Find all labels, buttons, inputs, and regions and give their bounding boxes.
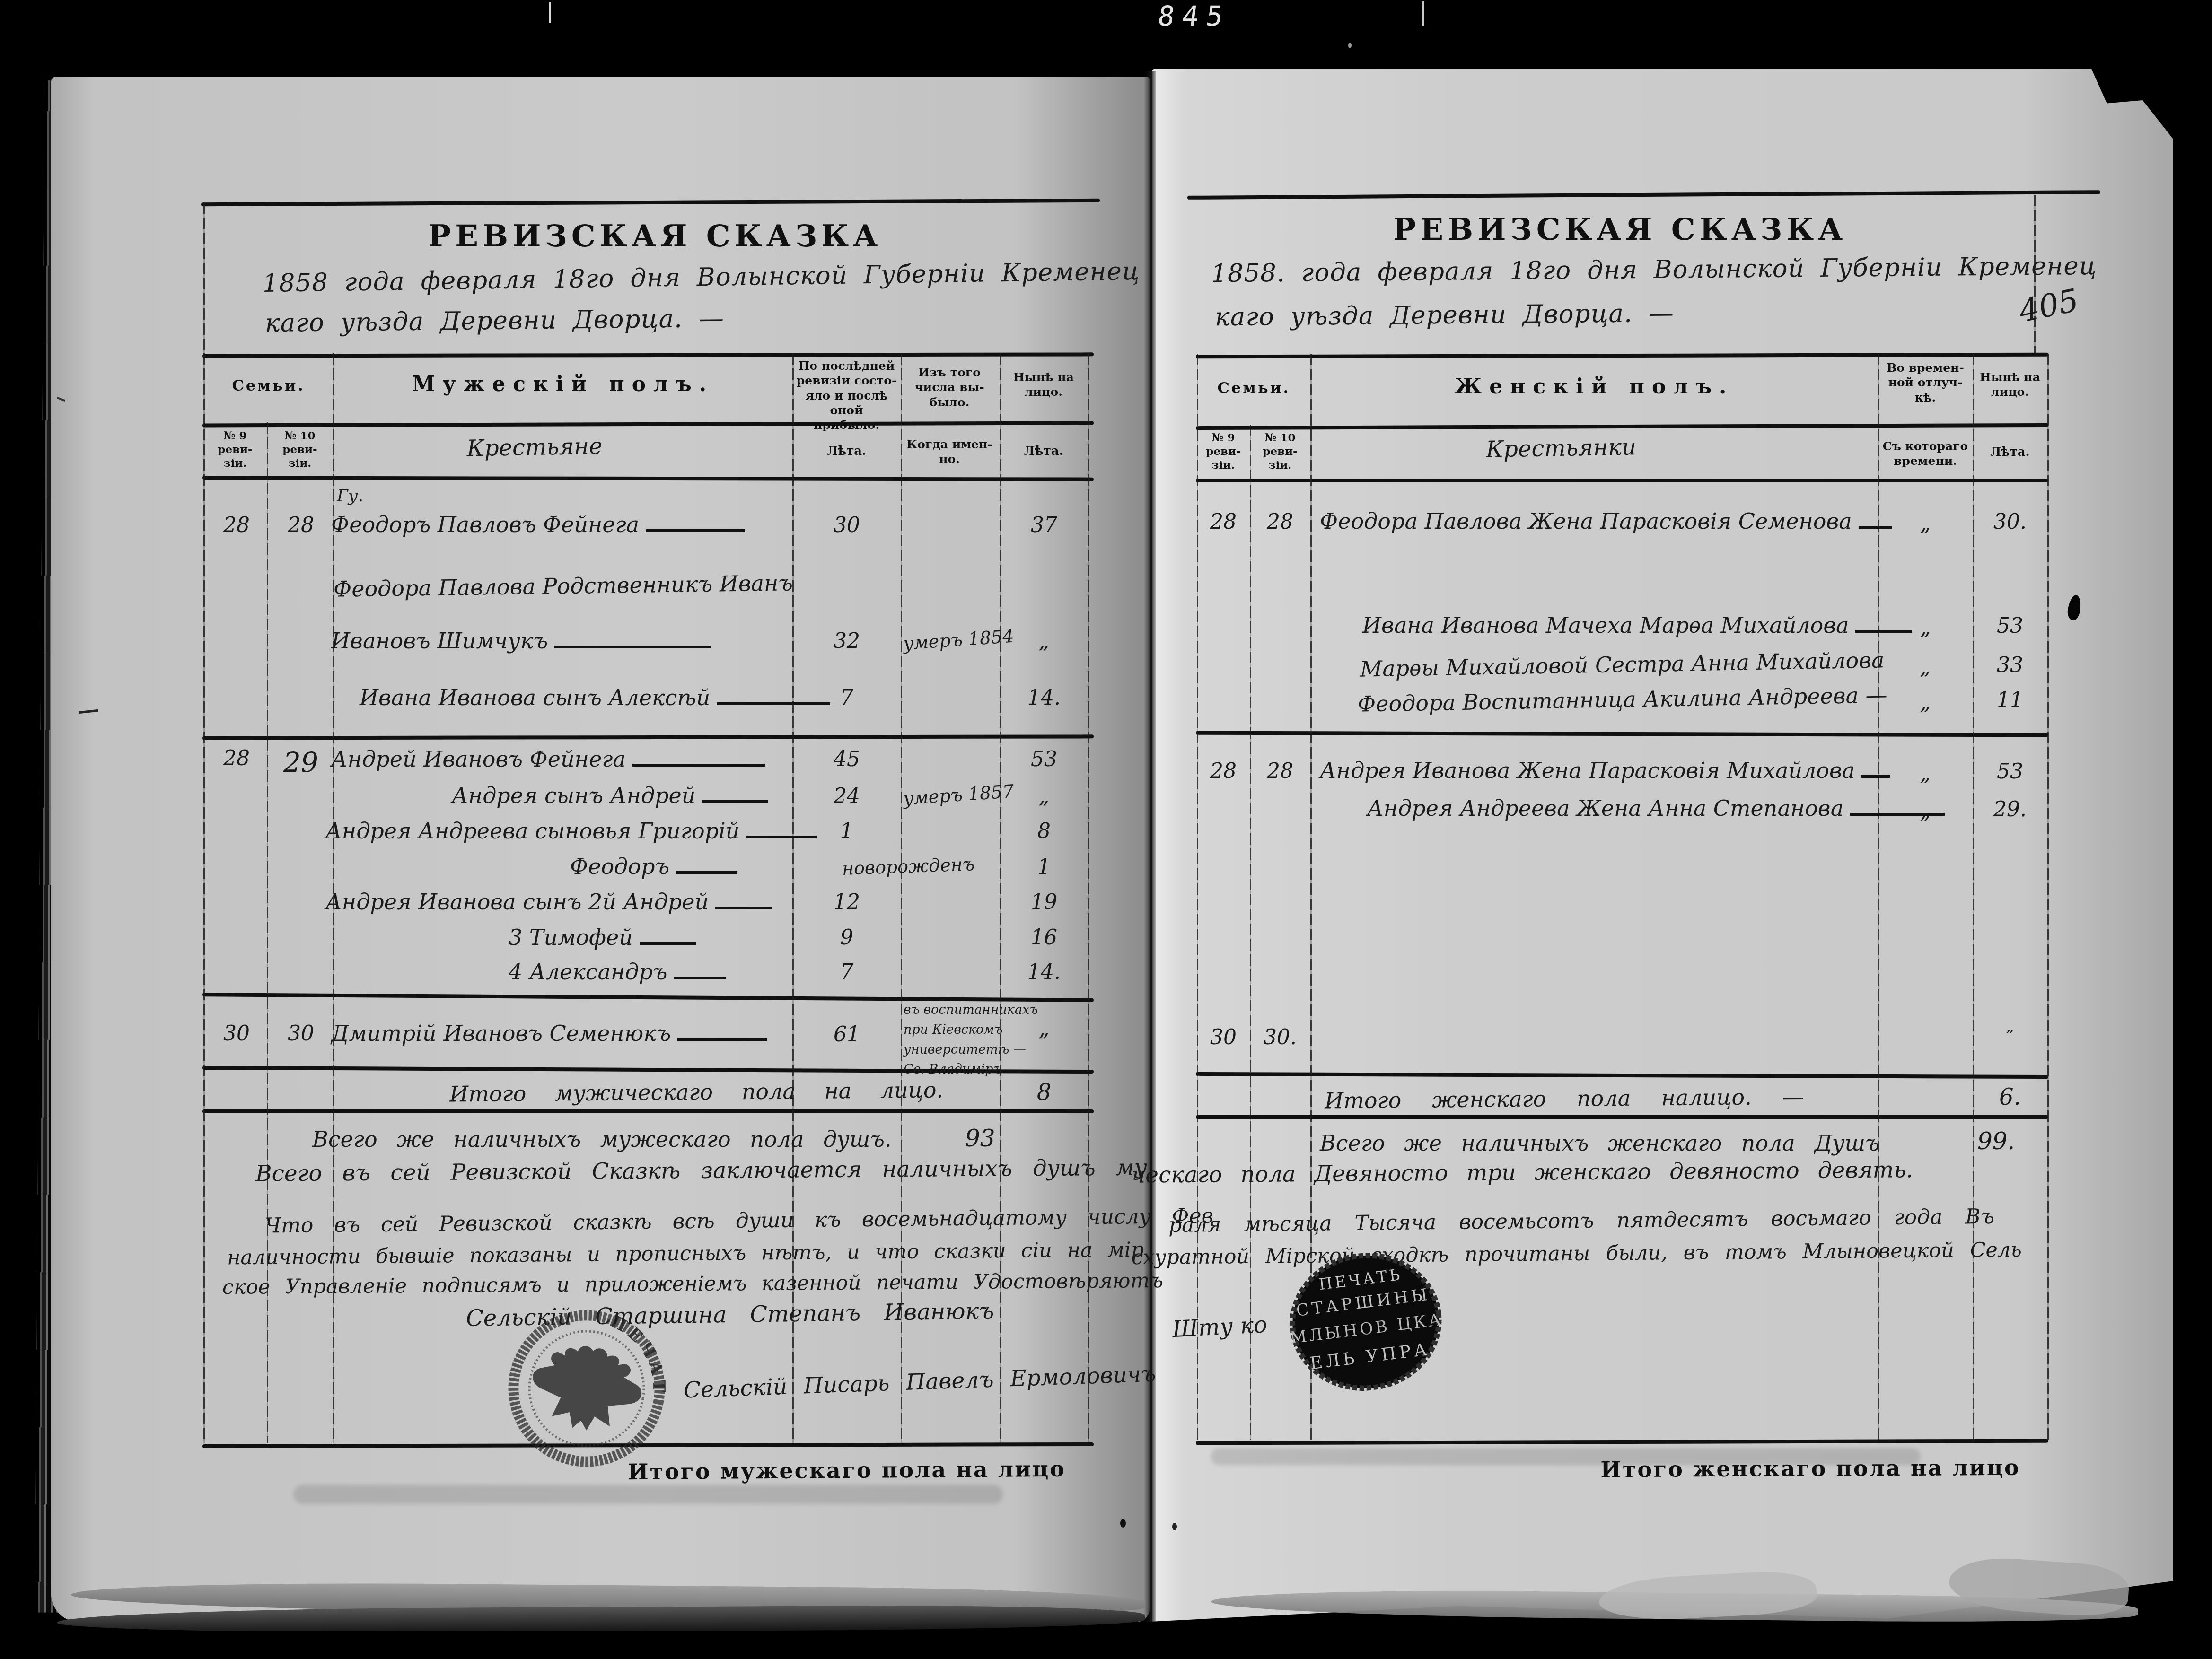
certification-line-partial: Шту ко [1172, 1311, 1268, 1343]
left-vsego-label: Всего же наличныхъ мужескаго пола душъ. [312, 1126, 892, 1152]
right-sub-rev9: № 9 реви- зіи. [1199, 431, 1248, 472]
female-row-name: Ивана Иванова Мачеха Марѳа Михайлова [1362, 612, 1912, 638]
name-text: Андрея Иванова сынъ 2й Андрей [325, 889, 709, 915]
right-itogo-bottom-line [1196, 1115, 2048, 1119]
film-mark-right [1422, 1, 1424, 26]
age-now: 11 [1975, 688, 2045, 712]
rev10-number: 29 [271, 746, 331, 778]
left-sub-rev10: № 10 реви- зіи. [271, 429, 329, 470]
film-mark-left [549, 2, 551, 23]
age-now: 30. [1975, 510, 2045, 534]
bottom-black-field [0, 1631, 2212, 1659]
student-note-line: Св. Владиміръ [904, 1062, 1001, 1077]
rev10-number: 28 [271, 513, 331, 537]
age-now: 1 [1002, 855, 1086, 879]
since-ditto: „ [1880, 616, 1970, 640]
name-text: Андрея Андреева Жена Анна Степанова [1367, 795, 1843, 821]
right-itogo-label: Итого женскаго пола налицо. — [1325, 1084, 1804, 1114]
age-now: 8 [1002, 819, 1086, 843]
age-now: 53 [1975, 614, 2045, 638]
right-col-line-0 [1197, 354, 1198, 1440]
right-title-place-line: каго уѣзда Деревни Дворца. — [1215, 299, 1674, 332]
male-row-name: Андрея Иванова сынъ 2й Андрей [325, 889, 772, 915]
right-vsego-label: Всего же наличныхъ женскаго пола Душъ [1320, 1130, 1880, 1156]
male-row-name: Феодоръ Павловъ Фейнега [331, 512, 745, 537]
right-itogo-value: 6. [1975, 1084, 2045, 1110]
age-now: „ [1002, 784, 1086, 808]
left-col-line-0 [203, 353, 205, 1443]
underline-flourish [554, 642, 711, 648]
underline-flourish [646, 525, 745, 532]
double-eagle-icon [525, 1338, 648, 1439]
male-row-name: Феодоръ [570, 854, 737, 879]
age-now: „ [1002, 1017, 1086, 1041]
age-now: 53 [1002, 747, 1086, 771]
age-prev: 45 [795, 747, 899, 771]
left-itogo-bottom-line [202, 1109, 1094, 1113]
female-row-name: Андрея Иванова Жена Парасковія Михайлова [1320, 758, 1890, 783]
age-prev: 24 [795, 784, 899, 808]
age-now: 14. [1002, 960, 1086, 984]
student-note-line: при Кіевскомъ [904, 1022, 1003, 1037]
rev9-number: 28 [208, 746, 265, 770]
right-header-now-present: Нынѣ на лицо. [1976, 370, 2044, 400]
left-header-families: Семьи. [208, 376, 329, 395]
right-carry-line: ческаго пола Девяносто три женскаго девя… [1132, 1157, 1913, 1188]
left-footer-caption: Итого мужескаго пола на лицо [601, 1456, 1093, 1484]
age-now: 33 [1975, 653, 2045, 677]
left-sub-rev9: № 9 реви- зіи. [207, 429, 263, 470]
rev10-number: 28 [1253, 759, 1308, 783]
age-prev: 9 [795, 926, 899, 950]
rev9-number: 28 [208, 513, 265, 537]
age-now: „ [1975, 1017, 2045, 1036]
left-vsego-value: 93 [965, 1125, 995, 1152]
age-prev: 61 [795, 1022, 899, 1047]
film-frame-counter: 845 [1156, 0, 1232, 32]
rev9-number: 28 [1200, 510, 1247, 534]
left-sub-years-2: Лѣта. [1004, 444, 1083, 459]
age-now: „ [1002, 629, 1086, 653]
name-text: Андрей Ивановъ Фейнега [331, 746, 626, 772]
male-row-name: Андрея сынъ Андрей [452, 783, 768, 808]
age-now: 19 [1002, 890, 1086, 914]
underline-flourish [715, 903, 772, 909]
left-header-departed: Изъ того числа вы- было. [904, 365, 994, 410]
age-now: 37 [1002, 513, 1086, 537]
underline-flourish [677, 1034, 767, 1041]
since-ditto: „ [1880, 655, 1970, 679]
age-prev: 7 [795, 686, 899, 710]
name-text: 3 Тимофей [509, 925, 633, 950]
since-ditto: „ [1880, 512, 1970, 536]
bleed-through-ghost [293, 1485, 1003, 1504]
left-itogo-value: 8 [1002, 1079, 1086, 1106]
name-text: Дмитрій Ивановъ Семенюкъ [331, 1021, 671, 1046]
left-page-title: РЕВИЗСКАЯ СКАЗКА [428, 218, 882, 254]
age-now: 29. [1975, 797, 2045, 821]
right-col-line-5 [2047, 354, 2049, 1440]
age-prev: 7 [795, 960, 899, 984]
male-row-name: 4 Александръ [509, 959, 726, 985]
right-sub-years: Лѣта. [1976, 445, 2044, 460]
right-sub-since: Съ котораго времени. [1881, 439, 1970, 469]
right-col-line-4 [1973, 354, 1974, 1440]
name-text: Феодоръ Павловъ Фейнега [331, 512, 639, 537]
rev10-number: 30. [1253, 1025, 1308, 1049]
rev9-number: 28 [1200, 759, 1247, 783]
bleed-through-ghost [1211, 1448, 1921, 1465]
underline-flourish [676, 867, 737, 874]
right-page-title: РЕВИЗСКАЯ СКАЗКА [1393, 212, 1847, 247]
name-text: Ивановъ Шимчукъ [331, 628, 548, 654]
microfilm-scan: 845 РЕВИЗСКАЯ СКАЗКА 1858 года февраля 1… [0, 0, 2212, 1659]
since-ditto: „ [1880, 761, 1970, 786]
left-itogo-label: Итого мужическаго пола на лицо. [449, 1077, 944, 1107]
student-note-line: университетѣ — [904, 1042, 1026, 1057]
underline-flourish [632, 760, 765, 767]
right-sub-rev10: № 10 реви- зіи. [1253, 431, 1308, 472]
right-subheader-bottom-line [1196, 479, 2048, 482]
official-seal-eagle-stamp: ПЕЧАТЬ [494, 1296, 678, 1480]
age-now: 14. [1002, 686, 1086, 710]
male-row-name: 3 Тимофей [509, 925, 696, 950]
rev10-number: 28 [1253, 510, 1308, 534]
student-note-line: въ воспитанникахъ [904, 1003, 1038, 1017]
right-col-line-1 [1250, 425, 1251, 1440]
right-header-away: Во времен- ной отлуч- кѣ. [1882, 360, 1969, 405]
left-sub-years-1: Лѣта. [796, 444, 897, 459]
name-text: 4 Александръ [509, 959, 667, 985]
left-header-now-present: Нынѣ на лицо. [1004, 370, 1083, 400]
since-ditto: „ [1880, 799, 1970, 823]
age-now: 16 [1002, 926, 1086, 950]
name-text: Феодора Павлова Жена Парасковія Семенова [1320, 508, 1852, 534]
book-gutter-fold [1144, 71, 1156, 1622]
male-row-name: Дмитрій Ивановъ Семенюкъ [331, 1021, 767, 1046]
left-margin-mark: Гу. [337, 486, 363, 506]
age-prev: 1 [795, 819, 899, 843]
name-text: Феодоръ [570, 854, 669, 879]
age-prev: 12 [795, 890, 899, 914]
right-header-families: Семьи. [1201, 378, 1307, 397]
name-text: Андрея Андреева сыновья Григорій [325, 818, 739, 844]
name-text: Андрея сынъ Андрей [452, 783, 695, 808]
left-title-place-line: каго уѣзда Деревни Дворца. — [265, 304, 724, 338]
name-text: Ивана Иванова Мачеха Марѳа Михайлова [1362, 612, 1849, 638]
female-row-name: Андрея Андреева Жена Анна Степанова [1367, 795, 1945, 821]
left-header-prev-revision: По послѣдней ревизіи состо- яло и послѣ … [796, 358, 897, 432]
left-title-margin-line [203, 202, 205, 354]
ink-dot [1172, 1523, 1177, 1530]
male-row-name: Андрея Андреева сыновья Григорій [325, 818, 817, 844]
male-row-name: Андрей Ивановъ Фейнега [331, 746, 765, 772]
age-prev: 32 [795, 629, 899, 653]
male-row-name: Ивана Иванова сынъ Алексѣй [360, 685, 830, 710]
rev10-number: 30 [271, 1022, 331, 1046]
age-now: 53 [1975, 760, 2045, 784]
name-text: Андрея Иванова Жена Парасковія Михайлова [1320, 758, 1855, 783]
name-text: Ивана Иванова сынъ Алексѣй [360, 685, 710, 710]
right-header-sex: Женскій полъ. [1315, 374, 1873, 400]
left-header-sex: Мужескій полъ. [336, 371, 790, 397]
underline-flourish [702, 796, 768, 803]
rev9-number: 30 [1200, 1025, 1247, 1049]
underline-flourish [674, 973, 726, 979]
underline-flourish [640, 938, 696, 945]
rev9-number: 30 [208, 1022, 265, 1046]
male-row-name: Ивановъ Шимчукъ [331, 628, 711, 654]
female-row-name: Феодора Павлова Жена Парасковія Семенова [1320, 508, 1892, 534]
age-prev: 30 [795, 513, 899, 537]
ink-dot [1120, 1519, 1126, 1528]
right-sub-group: Крестьянки [1429, 433, 1694, 464]
left-sub-when: Когда имен- но. [904, 437, 994, 467]
since-ditto: „ [1880, 690, 1970, 715]
village-elder-ink-stamp: ПЕЧАТЬ СТАРШИНЫ МЛЫНОВ ЦКА ЕЛЬ УПРА [1280, 1244, 1452, 1399]
film-speck [1348, 43, 1352, 48]
left-sub-group: Крестьяне [416, 432, 653, 463]
right-vsego-value: 99. [1977, 1127, 2015, 1155]
